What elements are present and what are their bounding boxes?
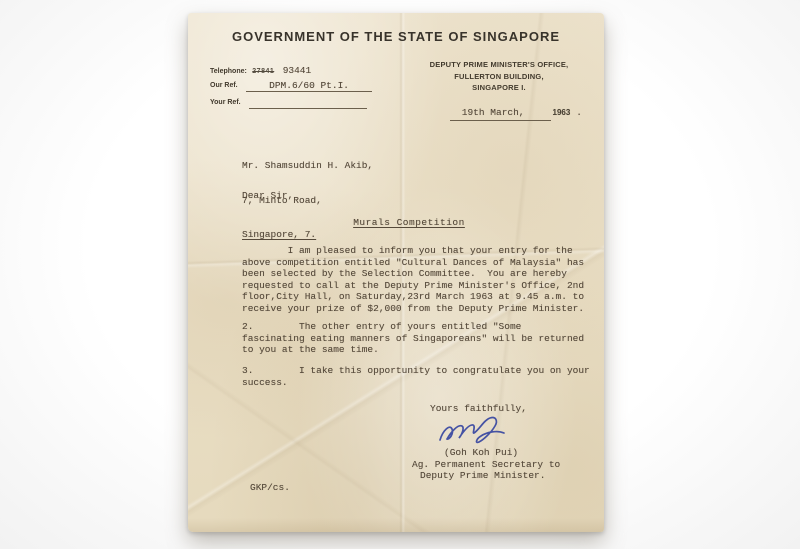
signatory-title-line2: Deputy Prime Minister. [420, 470, 545, 482]
letter-document: GOVERNMENT OF THE STATE OF SINGAPORE Tel… [188, 13, 604, 532]
recipient-name: Mr. Shamsuddin H. Akib, [242, 160, 373, 172]
date-period: . [576, 107, 582, 118]
date-day-month: 19th March, [450, 107, 551, 121]
your-ref-row: Your Ref. [210, 91, 367, 109]
our-ref-label: Our Ref. [210, 82, 238, 89]
signatory-title-line1: Ag. Permanent Secretary to [412, 459, 560, 471]
body-paragraph-3: 3. I take this opportunity to congratula… [242, 365, 598, 388]
recipient-city: Singapore, 7. [242, 229, 373, 241]
date-year: 1963 [553, 108, 571, 117]
subject-line: Murals Competition [242, 217, 576, 229]
our-ref-row: Our Ref. DPM.6/60 Pt.I. [210, 74, 372, 92]
salutation: Dear Sir, [242, 190, 293, 202]
your-ref-blank-line [249, 99, 367, 109]
office-address-block: DEPUTY PRIME MINISTER'S OFFICE, FULLERTO… [414, 59, 584, 94]
reference-initials: GKP/cs. [250, 482, 290, 494]
body-paragraph-1: I am pleased to inform you that your ent… [242, 245, 598, 314]
signature-ink [434, 411, 526, 449]
letterhead-title: GOVERNMENT OF THE STATE OF SINGAPORE [188, 29, 604, 44]
date-line: 19th March,1963. [450, 107, 582, 121]
your-ref-label: Your Ref. [210, 99, 241, 106]
body-paragraph-2: 2. The other entry of yours entitled "So… [242, 321, 598, 356]
signatory-name: (Goh Koh Pui) [444, 447, 518, 459]
